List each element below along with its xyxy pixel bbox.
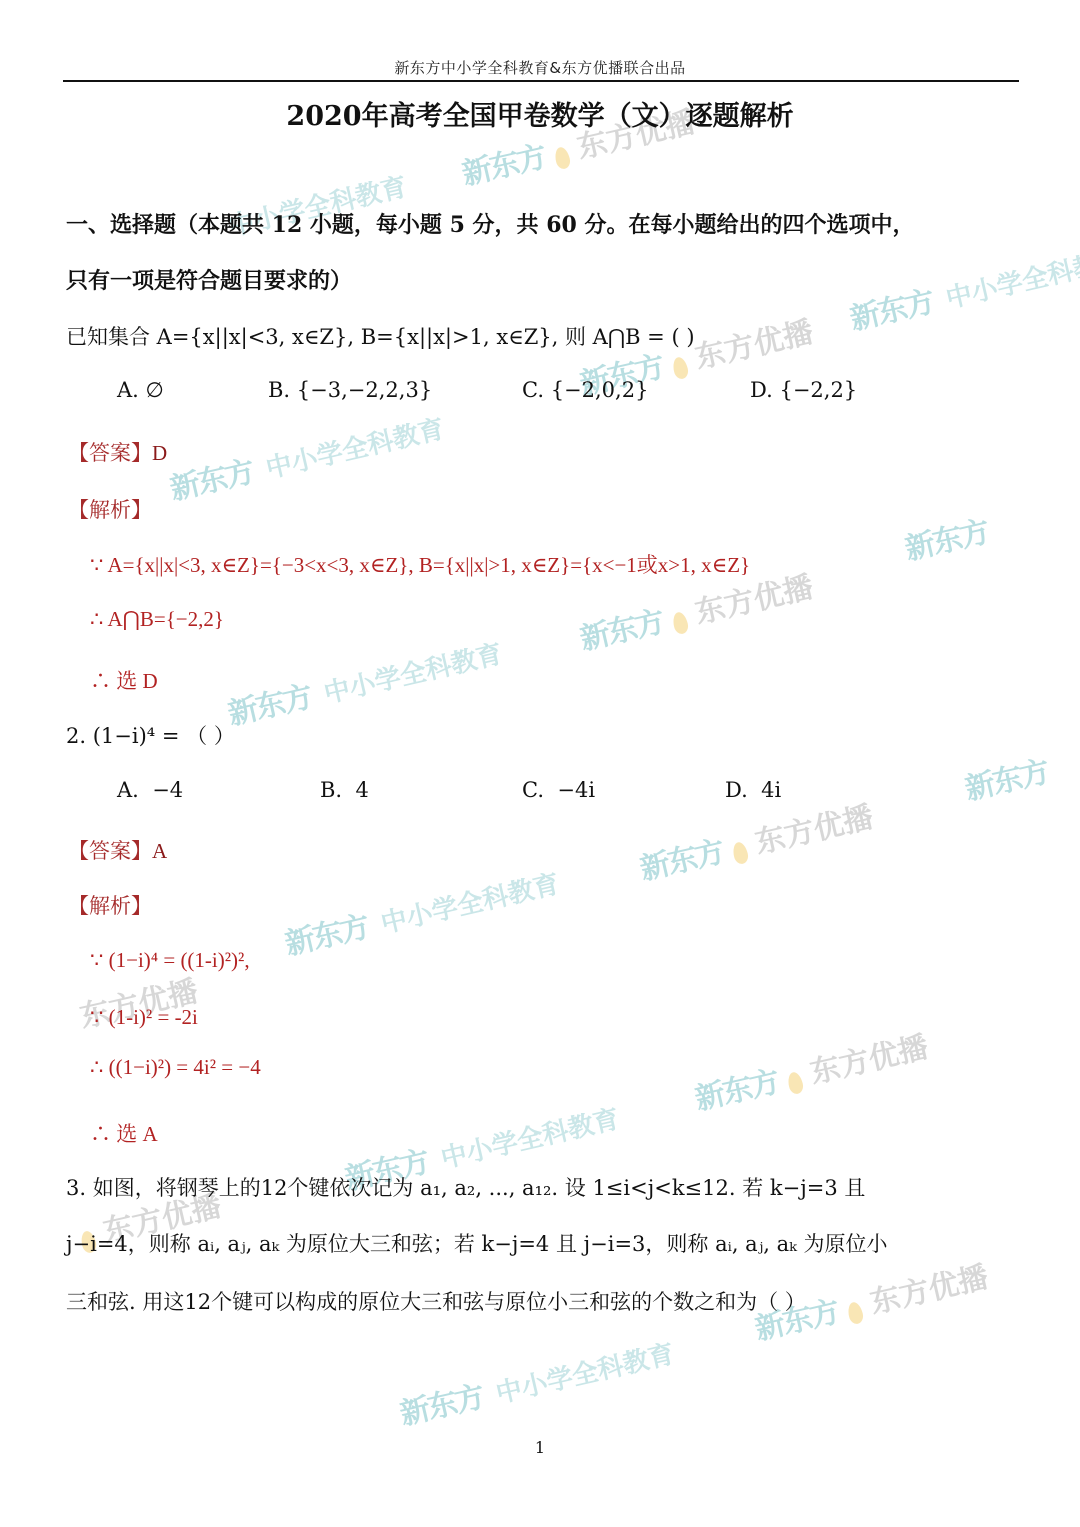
q1-answer: 【答案】D [68, 437, 167, 467]
watermark-xdf-zx: 新东方中小学全科教育 [165, 403, 448, 509]
section-heading-line1: 一、选择题（本题共 12 小题，每小题 5 分，共 60 分。在每小题给出的四个… [66, 208, 915, 239]
q1-solution-line-3: ∴ 选 D [90, 665, 158, 695]
watermark-xdf-dfyb: 新东方东方优播 [690, 1022, 932, 1118]
watermark-xdf-zx: 新东方中小学全科教育 [845, 233, 1080, 339]
header-divider [63, 80, 1019, 82]
q1-option-b: B. {−3,−2,2,3} [268, 378, 432, 402]
q2-option-d: D. 4i [725, 778, 781, 802]
q2-option-c: C. −4i [522, 778, 595, 802]
question-3-stem-line1: 3. 如图，将钢琴上的12个键依次记为 a₁, a₂, ..., a₁₂. 设 … [66, 1172, 865, 1202]
q2-option-b: B. 4 [320, 778, 369, 802]
watermark-xdf: 新东方 [900, 507, 992, 569]
q2-analysis-label: 【解析】 [68, 890, 152, 920]
question-2-stem: 2. (1−i)⁴ = （ ） [66, 720, 235, 750]
q2-solution-line-4: ∴ 选 A [90, 1118, 158, 1148]
watermark-xdf-zx: 新东方中小学全科教育 [280, 858, 563, 964]
question-1-stem: 已知集合 A={x||x|<3, x∈Z}, B={x||x|>1, x∈Z},… [66, 321, 695, 351]
publisher-header: 新东方中小学全科教育&东方优播联合出品 [0, 57, 1080, 78]
question-3-stem-line2: j−i=4，则称 aᵢ, aⱼ, aₖ 为原位大三和弦；若 k−j=4 且 j−… [66, 1228, 887, 1258]
watermark-xdf-zx: 新东方中小学全科教育 [223, 628, 506, 734]
q2-answer: 【答案】A [68, 835, 167, 865]
q1-option-a: A. ∅ [117, 378, 164, 402]
question-3-stem-line3: 三和弦. 用这12个键可以构成的原位大三和弦与原位小三和弦的个数之和为（ ） [66, 1286, 806, 1316]
q1-solution-line-1: ∵ A={x||x|<3, x∈Z}={−3<x<3, x∈Z}, B={x||… [90, 549, 750, 579]
q2-option-a: A. −4 [117, 778, 183, 802]
watermark-xdf-zx: 新东方中小学全科教育 [395, 1328, 678, 1434]
watermark-xdf-dfyb: 新东方东方优播 [635, 792, 877, 888]
watermark-xdf: 新东方 [960, 747, 1052, 809]
q1-analysis-label: 【解析】 [68, 494, 152, 524]
q1-option-c: C. {−2,0,2} [522, 378, 648, 402]
document-title: 2020年高考全国甲卷数学（文）逐题解析 [0, 94, 1080, 133]
section-heading-line2: 只有一项是符合题目要求的） [66, 264, 352, 295]
q2-solution-line-3: ∴ ((1−i)²) = 4i² = −4 [90, 1055, 261, 1080]
q1-option-d: D. {−2,2} [750, 378, 857, 402]
page-number: 1 [0, 1438, 1080, 1457]
q2-solution-line-1: ∵ (1−i)⁴ = ((1-i)²)², [90, 948, 250, 973]
q1-solution-line-2: ∴ A⋂B={−2,2} [90, 607, 224, 632]
q2-solution-line-2: ∵ (1-i)² = -2i [90, 1005, 198, 1030]
